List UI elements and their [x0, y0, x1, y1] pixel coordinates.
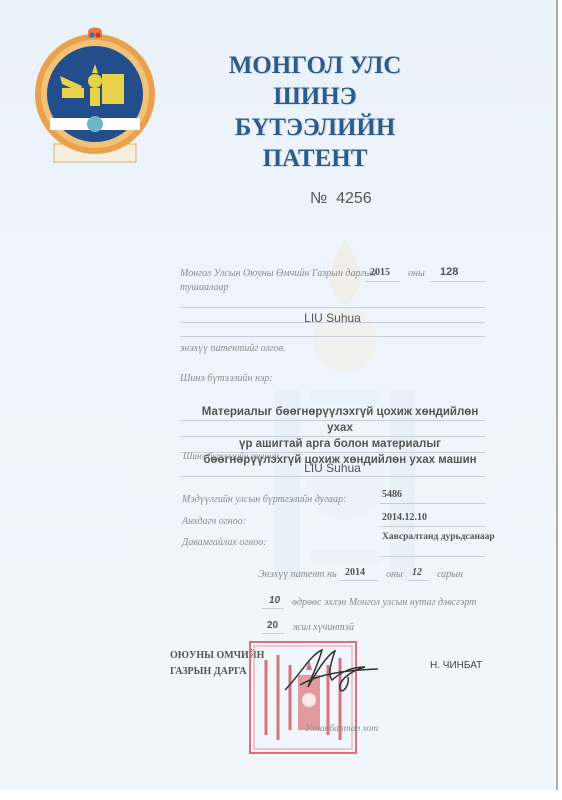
invention-label: Шинэ бүтээлийн нэр: [180, 373, 273, 384]
owner-line-top [180, 307, 485, 308]
title-line-1: МОНГОЛ УЛС [190, 50, 440, 81]
order-number-line [430, 281, 485, 282]
precedence-date-line [380, 556, 485, 557]
validity-year-suffix: оны [386, 569, 403, 580]
handwritten-signature-icon [280, 645, 380, 700]
order-year-suffix: оны [408, 268, 425, 279]
order-prefix: Монгол Улсын Оюуны Өмчийн Газрын даргын [180, 268, 376, 279]
validity-day-suffix: өдрөөс эхлэн Монгол улсын нутаг дэвсгэрт [292, 597, 476, 608]
title-line-3: ПАТЕНТ [190, 143, 440, 174]
signer-name: Н. ЧИНБАТ [430, 660, 482, 671]
validity-day-line [262, 608, 284, 609]
validity-day: 10 [269, 595, 280, 606]
owner-caption: энэхүү патентийг олгов. [180, 343, 286, 354]
validity-years-line [262, 633, 284, 634]
invention-line-2 [180, 436, 485, 437]
validity-years-suffix: жил хүчинтэй [292, 622, 354, 633]
registration-number-label: Мэдүүлгийн улсын бүртгэлийн дугаар: [182, 494, 346, 505]
validity-month-suffix: сарын [437, 569, 463, 580]
inventor-label: Шинэ бүтээлийн зохиогч [183, 451, 279, 461]
priority-date-value: 2014.12.10 [382, 512, 427, 523]
order-number: 128 [440, 266, 458, 278]
document-title: МОНГОЛ УЛС ШИНЭ БҮТЭЭЛИЙН ПАТЕНТ [190, 50, 440, 174]
validity-month: 12 [412, 567, 422, 578]
title-line-2: ШИНЭ БҮТЭЭЛИЙН [190, 81, 440, 143]
registration-number-line [380, 503, 485, 504]
priority-date-label: Анхдагч огноо: [182, 516, 246, 527]
invention-line-1 [180, 420, 485, 421]
inventor-name: LIU Suhua [180, 461, 485, 475]
inventor-line [180, 476, 485, 477]
page-edge [556, 0, 558, 790]
validity-year-line [338, 580, 378, 581]
registration-number-value: 5486 [382, 489, 402, 500]
city-label: Улаанбаатар хот [305, 724, 378, 734]
patent-number: № 4256 [310, 190, 372, 208]
validity-prefix: Энэхүү патент нь [258, 569, 337, 580]
precedence-date-label: Давамгайлах огноо: [182, 537, 267, 548]
precedence-date-value: Хавсралтанд дурьдсанаар [382, 532, 495, 542]
priority-date-line [380, 526, 485, 527]
order-suffix: тушаалаар [180, 282, 228, 293]
validity-year: 2014 [345, 567, 365, 578]
number-label: № [310, 190, 327, 207]
validity-years: 20 [267, 620, 278, 631]
invention-title-line-2: үр ашигтай арга болон материалыг [190, 436, 490, 452]
order-year: 2015 [370, 267, 390, 278]
state-emblem-icon [32, 26, 158, 164]
order-year-line [365, 281, 400, 282]
number-value: 4256 [336, 190, 372, 207]
owner-line [180, 322, 485, 323]
validity-month-line [408, 580, 430, 581]
owner-line-bottom [180, 336, 485, 337]
